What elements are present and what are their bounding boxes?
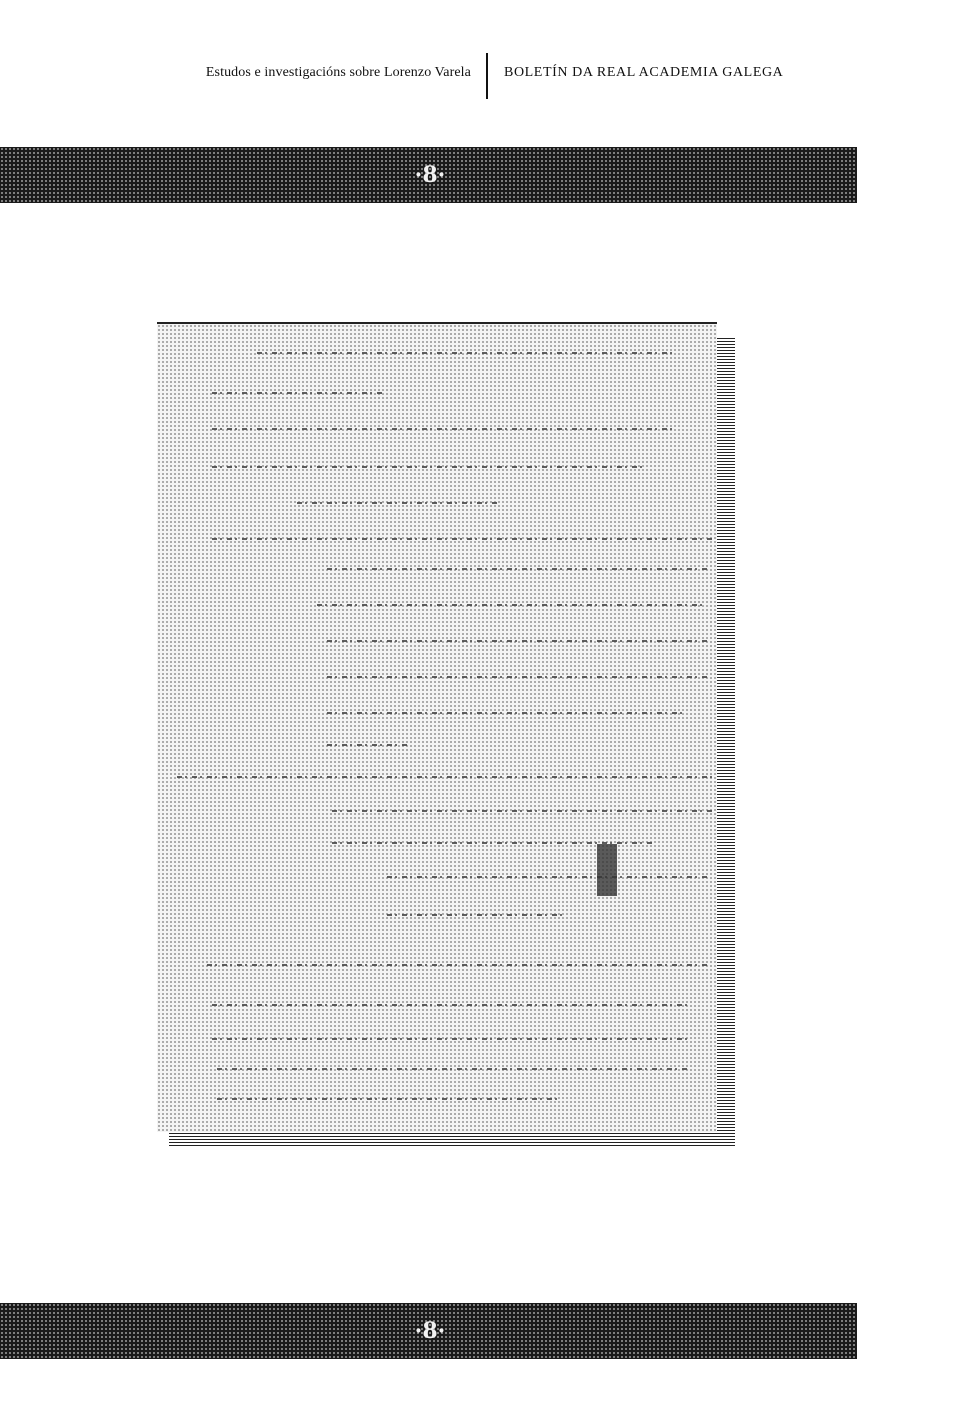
handwriting-stroke <box>212 538 712 540</box>
handwriting-stroke <box>177 776 717 778</box>
manuscript-image <box>157 322 717 1132</box>
handwriting-stroke <box>217 1098 557 1100</box>
ink-blot <box>597 844 617 896</box>
running-head: Estudos e investigacións sobre Lorenzo V… <box>0 53 975 99</box>
handwriting-stroke <box>207 964 707 966</box>
handwriting-stroke <box>327 568 707 570</box>
handwriting-stroke <box>217 1068 687 1070</box>
handwriting-stroke <box>212 1004 692 1006</box>
handwriting-stroke <box>332 810 712 812</box>
handwriting-stroke <box>327 712 687 714</box>
handwriting-stroke <box>257 352 677 354</box>
handwriting-stroke <box>387 876 707 878</box>
running-head-series-title: Estudos e investigacións sobre Lorenzo V… <box>206 65 471 81</box>
handwriting-stroke <box>212 392 382 394</box>
ornament-icon: ·8· <box>410 1316 450 1346</box>
handwriting-stroke <box>327 676 707 678</box>
manuscript-figure <box>157 322 717 1130</box>
ornament-icon: ·8· <box>410 160 450 190</box>
bottom-decorative-band: ·8· <box>0 1303 857 1359</box>
handwriting-stroke <box>212 466 642 468</box>
handwriting-stroke <box>327 744 407 746</box>
handwriting-stroke <box>317 604 707 606</box>
handwriting-stroke <box>212 1038 692 1040</box>
handwriting-stroke <box>327 640 707 642</box>
handwriting-stroke <box>297 502 497 504</box>
running-head-divider <box>486 53 488 99</box>
top-decorative-band: ·8· <box>0 147 857 203</box>
handwriting-stroke <box>387 914 567 916</box>
running-head-journal-title: BOLETÍN DA REAL ACADEMIA GALEGA <box>504 65 783 81</box>
handwriting-stroke <box>212 428 672 430</box>
